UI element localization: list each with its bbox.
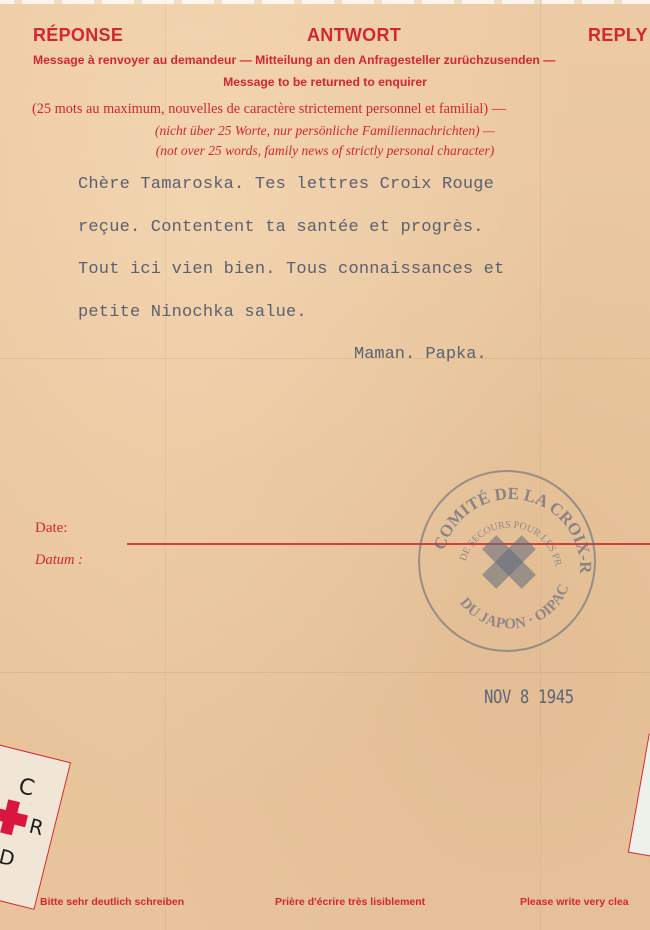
fold-crease: [165, 0, 166, 930]
red-cross-sticker-left: C R D: [0, 742, 71, 910]
footer-fr: Prière d'écrire très lisiblement: [275, 896, 425, 908]
sticker-letter: C: [16, 774, 37, 802]
footer-en: Please write very clea: [520, 896, 629, 908]
red-cross-circular-stamp: COMITÉ DE LA CROIX-ROUGE DE SECOURS POUR…: [418, 470, 596, 652]
red-cross-icon: [0, 797, 31, 838]
title-fr: RÉPONSE: [33, 25, 123, 46]
footer-de: Bitte sehr deutlich schreiben: [40, 896, 184, 908]
sticker-letter: D: [0, 844, 17, 871]
date-label: Date:: [35, 520, 67, 537]
message-line: Tout ici vien bien. Tous connaissances e…: [78, 260, 504, 279]
sticker-right: [628, 733, 650, 859]
message-line: petite Ninochka salue.: [78, 303, 307, 322]
date-stamp: NOV 8 1945: [484, 686, 574, 708]
sticker-letter: R: [27, 814, 46, 841]
message-line: reçue. Contentent ta santée et progrès.: [78, 218, 484, 237]
message-line: Chère Tamaroska. Tes lettres Croix Rouge: [78, 175, 494, 194]
fold-crease: [0, 672, 650, 673]
subtitle-en: Message to be returned to enquirer: [0, 75, 650, 89]
title-en: REPLY: [588, 25, 648, 46]
title-de: ANTWORT: [307, 25, 401, 46]
subtitle-return-instruction: Message à renvoyer au demandeur — Mittei…: [33, 53, 555, 67]
instruction-fr: (25 mots au maximum, nouvelles de caract…: [32, 101, 506, 118]
message-signature: Maman. Papka.: [354, 345, 487, 364]
instruction-en: (not over 25 words, family news of stric…: [0, 143, 650, 159]
fold-crease: [540, 0, 541, 930]
instruction-de: (nicht über 25 Worte, nur persönliche Fa…: [0, 123, 650, 139]
fold-crease: [0, 358, 650, 359]
torn-top-edge: [0, 0, 650, 4]
datum-label: Datum :: [35, 552, 83, 569]
